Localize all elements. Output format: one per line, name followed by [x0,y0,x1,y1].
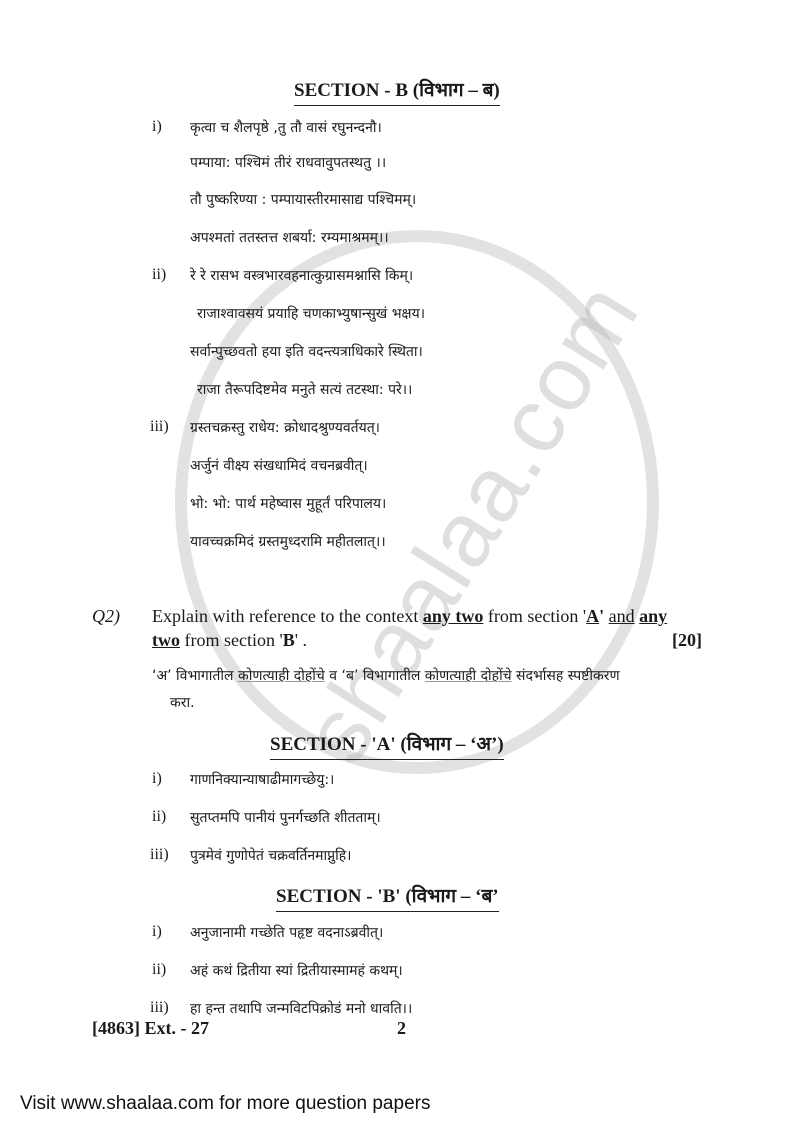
item-number: iii) [150,999,169,1017]
verse-line: ग्रस्तचक्रस्तु राधेय: क्रोधादश्रुण्यवर्त… [190,418,380,437]
visit-banner[interactable]: Visit www.shaalaa.com for more question … [20,1093,430,1115]
item-number: i) [152,118,162,136]
verse-line: अर्जुनं वीक्ष्य संखधामिदं वचनब्रवीत्। [190,456,368,475]
item-number: i) [152,770,162,788]
question-number: Q2) [92,606,120,627]
passage-line: अहं कथं द्रितीया स्यां द्रितीयास्मामहं क… [190,961,403,980]
verse-line: यावच्चक्रमिदं ग्रस्तमुध्दरामि महीतलात्।। [190,532,386,551]
question-marathi-line-1: ‘अ’ विभागातील कोणत्याही दोहोंचे व ‘ब’ वि… [152,666,620,685]
passage-line: अनुजानामी गच्छेति पहृष्ट वदनाऽब्रवीत्। [190,923,383,942]
passage-line: गाणनिक्यान्याषाढीमागच्छेयु:। [190,770,334,789]
passage-line: पुत्रमेवं गुणोपेतं चक्रवर्तिनमाप्नुहि। [190,846,351,865]
page-number: 2 [397,1018,406,1039]
question-marks: [20] [672,630,702,651]
verse-line: राजाश्वावसयं प्रयाहि चणकाभ्युषान्सुखं भक… [197,304,425,323]
verse-line: भो: भो: पार्थ महेष्वास मुहूर्तं परिपालय। [190,494,386,513]
section-a-heading: SECTION - 'A' (विभाग – ‘अ’) [270,730,504,760]
verse-line: पम्पाया: पश्चिमं तीरं राधवावुपतस्थतु ।। [190,153,386,172]
verse-line: सर्वान्पुच्छवतो हया इति वदन्त्यत्राधिकार… [190,342,423,361]
question-marathi-line-2: करा. [170,693,195,712]
question-line-1: Explain with reference to the context an… [152,606,667,627]
item-number: ii) [152,266,166,284]
item-number: ii) [152,808,166,826]
item-number: iii) [150,846,169,864]
verse-line: राजा तैरूपदिष्टमेव मनुते सत्यं तटस्था: प… [197,380,412,399]
verse-line: अपश्मतां ततस्तत्त शबर्या: रम्यमाश्रमम्।। [190,228,389,247]
item-number: iii) [150,418,169,436]
question-line-2: two from section 'B' . [152,630,307,651]
paper-code: [4863] Ext. - 27 [92,1018,209,1039]
item-number: i) [152,923,162,941]
section-b-top-heading: SECTION - B (विभाग – ब) [294,76,500,106]
passage-line: हा हन्त तथापि जन्मविटपिक्रोडं मनो धावति।… [190,999,412,1018]
section-b-heading: SECTION - 'B' (विभाग – ‘ब’ [276,882,499,912]
verse-line: तौ पुष्करिण्या : पम्पायास्तीरमासाद्य पश्… [190,190,416,209]
item-number: ii) [152,961,166,979]
passage-line: सुतप्तमपि पानीयं पुनर्गच्छति शीतताम्। [190,808,381,827]
verse-line: कृत्वा च शैलपृष्ठे ,तु तौ वासं रघुनन्दनौ… [190,118,382,137]
verse-line: रे रे रासभ वस्त्रभारवहनात्कुग्रासमश्नासि… [190,266,413,285]
